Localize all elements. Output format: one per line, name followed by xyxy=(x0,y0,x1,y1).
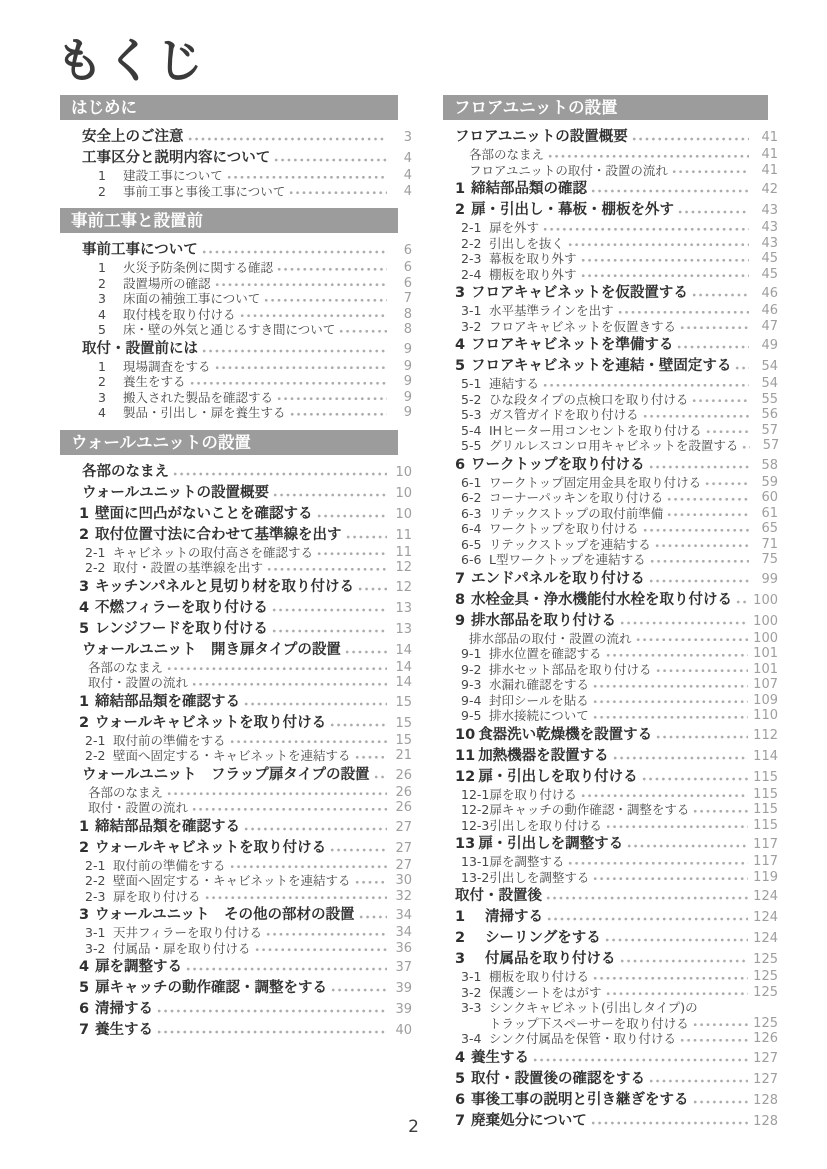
dotted-leader xyxy=(656,726,748,745)
toc-entry-page: 56 xyxy=(754,407,778,423)
dotted-leader xyxy=(606,985,749,1001)
toc-entry-label: 水栓金具・浄水機能付水栓を取り付ける xyxy=(471,591,732,610)
toc-entry-page: 128 xyxy=(753,1091,778,1110)
toc-entry-label: ワークトップを取り付ける xyxy=(471,456,645,475)
toc-entry: 6-5リテックストップを連結する71 xyxy=(443,537,778,553)
toc-entry-label: シンクキャビネット(引出しタイプ)の xyxy=(489,1000,778,1016)
toc-entry: 3-2フロアキャビネットを仮置きする47 xyxy=(443,319,778,335)
dotted-leader xyxy=(167,660,387,676)
dotted-leader xyxy=(255,941,387,957)
toc-entry: 10食器洗い乾燥機を設置する112 xyxy=(443,726,778,745)
dotted-leader xyxy=(331,979,387,998)
toc-entry-number: 2-2 xyxy=(85,748,113,764)
toc-entry-number: 5-2 xyxy=(461,392,489,408)
toc-entry-label: 扉・引出しを調整する xyxy=(478,835,623,854)
toc-entry: 2-2取付・設置の基準線を出す12 xyxy=(60,560,412,576)
toc-entry-page: 71 xyxy=(754,537,778,553)
toc-entry-number: 1 xyxy=(98,168,123,184)
toc-entry-number: 13-2 xyxy=(461,870,489,886)
dotted-leader xyxy=(202,241,387,260)
toc-entry-page: 11 xyxy=(392,526,412,545)
toc-entry-label: ウォールユニット その他の部材の設置 xyxy=(95,906,355,925)
dotted-leader xyxy=(680,319,749,335)
dotted-leader xyxy=(627,835,748,854)
toc-entry: 4養生する127 xyxy=(443,1049,778,1068)
dotted-leader xyxy=(593,708,748,724)
toc-entry-page: 9 xyxy=(392,359,412,375)
toc-entry: 2設置場所の確認6 xyxy=(60,276,412,292)
toc-entry-label: 壁面に凹凸がないことを確認する xyxy=(95,505,313,524)
dotted-leader xyxy=(345,641,387,660)
dotted-leader xyxy=(606,818,748,834)
toc-entry-page: 75 xyxy=(754,552,778,568)
dotted-leader xyxy=(649,1070,748,1089)
toc-columns: はじめに安全上のご注意3工事区分と説明内容について41建設工事について42事前工… xyxy=(60,95,778,1131)
toc-entry-label: 各部のなまえ xyxy=(88,660,163,676)
toc-entry-label: リテックストップの取付前準備 xyxy=(489,506,663,522)
toc-entry: 9-2排水セット部品を取り付ける101 xyxy=(443,662,778,678)
toc-entry-label: 連結する xyxy=(489,376,539,392)
dotted-leader xyxy=(568,854,748,870)
toc-entry-label: 清掃する xyxy=(95,1000,153,1019)
toc-entry-label: フロアユニットの設置概要 xyxy=(455,128,628,147)
toc-entry-number: 2 xyxy=(79,526,92,545)
toc-entry-page: 9 xyxy=(392,405,412,421)
toc-entry-number: 2-2 xyxy=(461,236,489,252)
toc-entry-page: 100 xyxy=(753,612,778,631)
dotted-leader xyxy=(548,147,749,163)
dotted-leader xyxy=(667,506,749,522)
toc-entry: 1壁面に凹凸がないことを確認する10 xyxy=(60,505,412,524)
dotted-leader xyxy=(543,220,749,236)
toc-entry-label: 現場調査をする xyxy=(123,359,211,375)
toc-entry: 8水栓金具・浄水機能付水栓を取り付ける100 xyxy=(443,591,778,610)
toc-entry-label: 付属品・扉を取り付ける xyxy=(113,941,251,957)
toc-entry: 4取付桟を取り付ける8 xyxy=(60,307,412,323)
toc-entry-page: 46 xyxy=(754,303,778,319)
toc-entry: 3-1天井フィラーを取り付ける34 xyxy=(60,925,412,941)
toc-entry-label: 取付位置寸法に合わせて基準線を出す xyxy=(95,526,342,545)
toc-entry-page: 41 xyxy=(754,128,778,147)
toc-entry-label: 取付・設置前には xyxy=(82,340,198,359)
toc-entry-label: 不燃フィラーを取り付ける xyxy=(95,599,268,618)
toc-entry: 3ウォールユニット その他の部材の設置34 xyxy=(60,906,412,925)
toc-entry-number: 6-1 xyxy=(461,475,489,491)
dotted-leader xyxy=(266,925,387,941)
toc-entry-label: IHヒーター用コンセントを取り付ける xyxy=(489,423,702,439)
toc-entry-number: 10 xyxy=(455,726,475,745)
dotted-leader xyxy=(606,646,749,662)
toc-entry-number: 6-6 xyxy=(461,552,489,568)
toc-entry-label: 扉キャッチの動作確認・調整をする xyxy=(489,802,689,818)
toc-entry: 1火災予防条例に関する確認6 xyxy=(60,260,412,276)
toc-entry-page: 6 xyxy=(392,241,412,260)
toc-entry: 7養生する40 xyxy=(60,1021,412,1040)
toc-entry-label: 水漏れ確認をする xyxy=(489,677,589,693)
toc-entry-label: 引出しを抜く xyxy=(489,236,564,252)
toc-entry-label: 扉キャッチの動作確認・調整をする xyxy=(95,979,327,998)
toc-entry-number: 1 xyxy=(79,693,92,712)
toc-entry-label: 各部のなまえ xyxy=(469,147,544,163)
toc-entry-number: 2 xyxy=(79,839,92,858)
toc-entry: 2ウォールキャビネットを取り付ける15 xyxy=(60,714,412,733)
toc-entry: 9排水部品を取り付ける100 xyxy=(443,612,778,631)
toc-entry: 取付・設置の流れ14 xyxy=(60,675,412,691)
toc-entry-label: 扉を調整する xyxy=(489,854,564,870)
toc-entry-number: 5 xyxy=(79,979,92,998)
toc-entry-page: 39 xyxy=(392,979,412,998)
toc-entry-label: 排水接続について xyxy=(489,708,589,724)
dotted-leader xyxy=(330,839,387,858)
toc-entry-label: 排水部品の取付・設置の流れ xyxy=(469,631,632,647)
toc-entry-label: 排水部品を取り付ける xyxy=(471,612,616,631)
toc-entry-label: 床・壁の外気と通じるすき間について xyxy=(123,322,335,338)
toc-entry-label: 事後工事の説明と引き継ぎをする xyxy=(471,1091,689,1110)
toc-entry: 9-3水漏れ確認をする107 xyxy=(443,677,778,693)
toc-entry-label: 取付・設置後の確認をする xyxy=(471,1070,645,1089)
dotted-leader xyxy=(215,359,387,375)
dotted-leader xyxy=(618,303,749,319)
toc-entry-page: 47 xyxy=(754,319,778,335)
toc-entry-label: 取付・設置後 xyxy=(455,887,542,906)
toc-entry: 5-5グリルレスコンロ用キャビネットを設置する57 xyxy=(443,438,778,454)
toc-entry-page: 27 xyxy=(392,818,412,837)
toc-entry-number: 6 xyxy=(79,1000,92,1019)
dotted-leader xyxy=(272,620,387,639)
toc-entry-page: 115 xyxy=(753,787,778,803)
toc-entry-label: レンジフードを取り付ける xyxy=(95,620,268,639)
toc-entry-page: 40 xyxy=(392,1021,412,1040)
dotted-leader xyxy=(346,526,388,545)
toc-entry: 2-1取付前の準備をする27 xyxy=(60,858,412,874)
toc-entry: フロアユニットの取付・設置の流れ41 xyxy=(443,163,778,179)
toc-entry-number: 4 xyxy=(455,336,468,355)
toc-entry-page: 61 xyxy=(754,506,778,522)
toc-entry-page: 7 xyxy=(392,291,412,307)
toc-entry-label: 取付桟を取り付ける xyxy=(123,307,236,323)
dotted-leader xyxy=(230,858,387,874)
toc-entry-page: 43 xyxy=(754,220,778,236)
toc-entry-label: 加熱機器を設置する xyxy=(478,747,609,766)
toc-entry-page: 101 xyxy=(753,646,778,662)
dotted-leader xyxy=(736,591,748,610)
toc-entry-label: 棚板を取り付ける xyxy=(489,969,589,985)
toc-entry-label: フロアキャビネットを仮置きする xyxy=(489,319,676,335)
toc-entry-page: 30 xyxy=(392,873,412,889)
toc-entry-page: 60 xyxy=(754,490,778,506)
dotted-leader xyxy=(581,251,749,267)
toc-entry: 1締結部品類を確認する15 xyxy=(60,693,412,712)
toc-entry-number: 2-1 xyxy=(85,858,113,874)
toc-entry-number: 1 xyxy=(455,908,485,927)
toc-entry-label: 壁面へ固定する・キャビネットを連結する xyxy=(113,748,351,764)
toc-entry-label: ウォールユニット 開き扉タイプの設置 xyxy=(82,641,341,660)
dotted-leader xyxy=(339,322,387,338)
toc-entry-page: 109 xyxy=(753,693,778,709)
toc-entry-label: 清掃する xyxy=(485,908,543,927)
toc-entry-label: 扉を外す xyxy=(489,220,539,236)
toc-entry-page: 9 xyxy=(392,374,412,390)
toc-entry-number: 6 xyxy=(455,456,468,475)
dotted-leader xyxy=(157,1021,387,1040)
toc-entry-page: 127 xyxy=(753,1049,778,1068)
dotted-leader xyxy=(157,1000,387,1019)
dotted-leader xyxy=(277,260,387,276)
dotted-leader xyxy=(620,612,748,631)
toc-entry: 6-4ワークトップを取り付ける65 xyxy=(443,521,778,537)
toc-entry-label: 食器洗い乾燥機を設置する xyxy=(478,726,652,745)
toc-entry: 1清掃する124 xyxy=(443,908,778,927)
toc-entry-label: 排水セット部品を取り付ける xyxy=(489,662,652,678)
dotted-leader xyxy=(274,149,387,168)
dotted-leader xyxy=(317,545,387,561)
toc-entry: 5扉キャッチの動作確認・調整をする39 xyxy=(60,979,412,998)
section-header: フロアユニットの設置 xyxy=(443,95,768,120)
dotted-leader xyxy=(632,128,749,147)
toc-entry-page: 9 xyxy=(392,340,412,359)
toc-entry-page: 10 xyxy=(392,505,412,524)
toc-entry: 2事前工事と事後工事について4 xyxy=(60,184,412,200)
toc-entry-number: 6-5 xyxy=(461,537,489,553)
toc-entry-page: 125 xyxy=(753,1016,778,1032)
toc-entry-number: 2 xyxy=(98,184,123,200)
toc-entry: 13-2引出しを調整する119 xyxy=(443,870,778,886)
toc-entry-label: フロアキャビネットを準備する xyxy=(471,336,673,355)
toc-entry-number: 7 xyxy=(455,570,468,589)
toc-entry-label: ガス管ガイドを取り付ける xyxy=(489,407,639,423)
toc-entry-label: 床面の補強工事について xyxy=(123,291,260,307)
toc-entry: ウォールユニット 開き扉タイプの設置14 xyxy=(60,641,412,660)
toc-entry-label: ワークトップ固定用金具を取り付ける xyxy=(489,475,701,491)
toc-entry-label: シンク付属品を保管・取り付ける xyxy=(489,1031,676,1047)
toc-entry-label: 養生する xyxy=(471,1049,529,1068)
dotted-leader xyxy=(290,405,387,421)
toc-entry-page: 8 xyxy=(392,307,412,323)
toc-entry-number: 1 xyxy=(98,359,123,375)
toc-entry-page: 59 xyxy=(754,475,778,491)
toc-entry: 2-1扉を外す43 xyxy=(443,220,778,236)
toc-entry-number: 3-4 xyxy=(461,1031,489,1047)
toc-entry-page: 41 xyxy=(754,147,778,163)
toc-entry-page: 14 xyxy=(392,641,412,660)
toc-entry-page: 6 xyxy=(392,276,412,292)
manual-toc-page: もくじ はじめに安全上のご注意3工事区分と説明内容について41建設工事について4… xyxy=(0,0,827,1169)
toc-entry-number: 9-2 xyxy=(461,662,489,678)
toc-entry-label: 締結部品類を確認する xyxy=(95,818,240,837)
toc-entry-label: グリルレスコンロ用キャビネットを設置する xyxy=(489,438,738,454)
toc-entry-number: 2-1 xyxy=(85,733,113,749)
toc-entry-page: 125 xyxy=(753,969,778,985)
toc-entry-number: 3 xyxy=(455,950,485,969)
toc-entry-number: 3-1 xyxy=(461,969,489,985)
toc-entry-number: 1 xyxy=(79,505,92,524)
toc-entry-label: L型ワークトップを連結する xyxy=(489,552,646,568)
toc-entry-number: 3-1 xyxy=(461,303,489,319)
dotted-leader xyxy=(230,733,387,749)
toc-entry: 2-2壁面へ固定する・キャビネットを連結する21 xyxy=(60,748,412,764)
toc-entry-number: 5 xyxy=(79,620,92,639)
toc-entry: 各部のなまえ14 xyxy=(60,660,412,676)
dotted-leader xyxy=(244,818,387,837)
dotted-leader xyxy=(643,407,749,423)
toc-entry-label: 各部のなまえ xyxy=(88,785,163,801)
dotted-leader xyxy=(693,1016,748,1032)
toc-entry: 事前工事について6 xyxy=(60,241,412,260)
toc-entry-page: 49 xyxy=(754,336,778,355)
page-title: もくじ xyxy=(56,24,206,91)
toc-entry: 3床面の補強工事について7 xyxy=(60,291,412,307)
toc-entry-label: 取付前の準備をする xyxy=(113,733,226,749)
toc-entry-label: 締結部品類を確認する xyxy=(95,693,240,712)
toc-entry-page: 13 xyxy=(392,620,412,639)
dotted-leader xyxy=(742,438,750,454)
dotted-leader xyxy=(677,336,749,355)
toc-entry-page: 119 xyxy=(753,870,778,886)
toc-entry-label: 締結部品類の確認 xyxy=(471,180,587,199)
toc-entry-number: 5-3 xyxy=(461,407,489,423)
toc-entry-label: 扉を調整する xyxy=(95,958,182,977)
toc-entry-page: 100 xyxy=(753,591,778,610)
dotted-leader xyxy=(593,870,748,886)
dotted-leader xyxy=(355,873,387,889)
toc-entry-label: 扉・引出し・幕板・棚板を外す xyxy=(471,201,674,220)
dotted-leader xyxy=(643,521,749,537)
toc-entry-label: 事前工事と事後工事について xyxy=(123,184,285,200)
dotted-leader xyxy=(192,675,387,691)
toc-entry-page: 115 xyxy=(753,802,778,818)
toc-entry-page: 45 xyxy=(754,251,778,267)
toc-entry-label: 保護シートをはがす xyxy=(489,985,602,1001)
toc-entry-number: 2 xyxy=(98,276,123,292)
toc-entry-label: ウォールキャビネットを取り付ける xyxy=(95,714,326,733)
dotted-leader xyxy=(692,392,749,408)
toc-entry-label: 水平基準ラインを出す xyxy=(489,303,614,319)
toc-entry: 6事後工事の説明と引き継ぎをする128 xyxy=(443,1091,778,1110)
toc-entry: 1現場調査をする9 xyxy=(60,359,412,375)
dotted-leader xyxy=(264,291,387,307)
toc-column-right: フロアユニットの設置フロアユニットの設置概要41各部のなまえ41フロアユニットの… xyxy=(443,95,778,1131)
toc-entry-page: 34 xyxy=(392,906,412,925)
toc-entry: 2ウォールキャビネットを取り付ける27 xyxy=(60,839,412,858)
toc-entry: 12-2扉キャッチの動作確認・調整をする115 xyxy=(443,802,778,818)
dotted-leader xyxy=(735,357,749,376)
dotted-leader xyxy=(543,376,749,392)
toc-entry-number: 12-1 xyxy=(461,787,489,803)
toc-entry-number: 12 xyxy=(455,768,475,787)
dotted-leader xyxy=(672,163,749,179)
toc-entry-label: ウォールキャビネットを取り付ける xyxy=(95,839,326,858)
toc-entry-page: 26 xyxy=(392,785,412,801)
toc-entry-number: 9-3 xyxy=(461,677,489,693)
dotted-leader xyxy=(705,475,749,491)
dotted-leader xyxy=(205,889,387,905)
toc-entry-number: 3 xyxy=(79,578,92,597)
toc-entry-page: 57 xyxy=(755,438,779,454)
toc-entry-number: 8 xyxy=(455,591,468,610)
toc-entry: 5床・壁の外気と通じるすき間について8 xyxy=(60,322,412,338)
toc-entry: 2-2引出しを抜く43 xyxy=(443,236,778,252)
toc-entry-page: 58 xyxy=(754,456,778,475)
dotted-leader xyxy=(568,236,749,252)
toc-entry-number: 9-1 xyxy=(461,646,489,662)
section-header: はじめに xyxy=(60,95,398,120)
toc-entry-number: 4 xyxy=(79,958,92,977)
toc-entry-page: 34 xyxy=(392,925,412,941)
toc-entry-page: 11 xyxy=(392,545,412,561)
toc-entry: 3-4シンク付属品を保管・取り付ける126 xyxy=(443,1031,778,1047)
toc-entry-number: 3 xyxy=(455,284,468,303)
dotted-leader xyxy=(693,1091,749,1110)
toc-entry-number: 9-5 xyxy=(461,708,489,724)
toc-entry-page: 14 xyxy=(392,660,412,676)
toc-entry-label: 排水位置を確認する xyxy=(489,646,602,662)
toc-entry-label: シーリングをする xyxy=(485,929,601,948)
toc-entry-label: 引出しを取り付ける xyxy=(489,818,602,834)
toc-entry-number: 11 xyxy=(455,747,475,766)
toc-entry: 7エンドパネルを取り付ける99 xyxy=(443,570,778,589)
toc-entry-number: 3-2 xyxy=(85,941,113,957)
dotted-leader xyxy=(374,766,387,785)
toc-entry-page: 46 xyxy=(754,284,778,303)
page-number: 2 xyxy=(0,1117,827,1137)
toc-entry-number: 6-2 xyxy=(461,490,489,506)
toc-entry-label: 付属品を取り付ける xyxy=(485,950,616,969)
toc-entry-page: 8 xyxy=(392,322,412,338)
dotted-leader xyxy=(273,484,387,503)
toc-entry-page: 36 xyxy=(392,941,412,957)
toc-entry: ウォールユニット フラップ扉タイプの設置26 xyxy=(60,766,412,785)
dotted-leader xyxy=(667,490,749,506)
toc-entry: 6-6L型ワークトップを連結する75 xyxy=(443,552,778,568)
toc-entry: 13-1扉を調整する117 xyxy=(443,854,778,870)
toc-entry-page: 14 xyxy=(392,675,412,691)
toc-entry-number: 9-4 xyxy=(461,693,489,709)
toc-entry-number: 5-4 xyxy=(461,423,489,439)
toc-entry: 3-3シンクキャビネット(引出しタイプ)のトラップ下スペーサーを取り付ける125 xyxy=(443,1000,778,1031)
toc-entry-number: 2-1 xyxy=(85,545,113,561)
toc-entry-page: 65 xyxy=(754,521,778,537)
toc-entry-number: 6-4 xyxy=(461,521,489,537)
toc-entry-label: キッチンパネルと見切り材を取り付ける xyxy=(95,578,354,597)
toc-entry-page: 13 xyxy=(392,599,412,618)
toc-entry-label: 設置場所の確認 xyxy=(123,276,211,292)
toc-entry-label: 製品・引出し・扉を養生する xyxy=(123,405,286,421)
toc-entry-number: 4 xyxy=(98,405,123,421)
toc-entry: 排水部品の取付・設置の流れ100 xyxy=(443,631,778,647)
toc-entry-page: 15 xyxy=(392,714,412,733)
dotted-leader xyxy=(593,693,748,709)
dotted-leader xyxy=(693,802,748,818)
toc-entry: 6清掃する39 xyxy=(60,1000,412,1019)
toc-entry-number: 2 xyxy=(98,374,123,390)
toc-entry: 3フロアキャビネットを仮設置する46 xyxy=(443,284,778,303)
toc-entry: フロアユニットの設置概要41 xyxy=(443,128,778,147)
toc-entry: 3-1棚板を取り付ける125 xyxy=(443,969,778,985)
toc-entry: 9-1排水位置を確認する101 xyxy=(443,646,778,662)
dotted-leader xyxy=(244,693,387,712)
toc-entry-label: 安全上のご注意 xyxy=(82,128,184,147)
toc-entry-page: 4 xyxy=(392,149,412,168)
toc-entry-page: 39 xyxy=(392,1000,412,1019)
toc-entry-number: 3 xyxy=(98,390,123,406)
toc-entry: 12-1扉を取り付ける115 xyxy=(443,787,778,803)
dotted-leader xyxy=(202,340,387,359)
toc-entry-number: 3-2 xyxy=(461,319,489,335)
toc-entry-number: 3-1 xyxy=(85,925,113,941)
dotted-leader xyxy=(649,570,749,589)
section-header: 事前工事と設置前 xyxy=(60,208,398,233)
toc-entry-page: 127 xyxy=(753,1070,778,1089)
